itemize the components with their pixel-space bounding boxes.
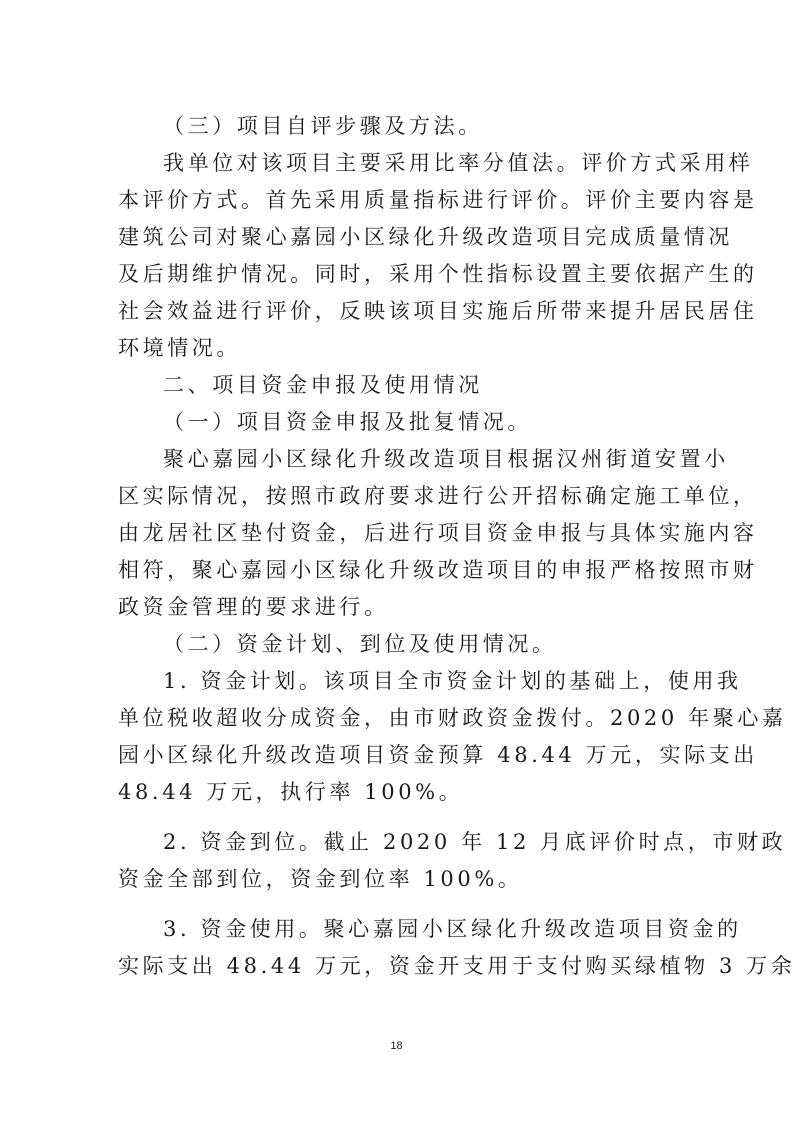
section-heading-3: （三）项目自评步骤及方法。 bbox=[163, 113, 483, 139]
paragraph-line: 区实际情况，按照市政府要求进行公开招标确定施工单位， bbox=[118, 483, 758, 509]
paragraph-line: 社会效益进行评价，反映该项目实施后所带来提升居民居住 bbox=[118, 298, 758, 324]
paragraph-line: 单位税收超收分成资金，由市财政资金拨付。2020 年聚心嘉 bbox=[118, 705, 787, 731]
paragraph-line: 相符，聚心嘉园小区绿化升级改造项目的申报严格按照市财 bbox=[118, 557, 758, 583]
subsection-heading-2: （二）资金计划、到位及使用情况。 bbox=[163, 631, 557, 657]
paragraph-line: 园小区绿化升级改造项目资金预算 48.44 万元，实际支出 bbox=[118, 742, 758, 768]
paragraph-line: 聚心嘉园小区绿化升级改造项目根据汉州街道安置小 bbox=[163, 446, 729, 472]
paragraph-line: 及后期维护情况。同时，采用个性指标设置主要依据产生的 bbox=[118, 261, 758, 287]
paragraph-line: 资金全部到位，资金到位率 100%。 bbox=[118, 866, 523, 892]
paragraph-line: 3. 资金使用。聚心嘉园小区绿化升级改造项目资金的 bbox=[163, 916, 742, 942]
page-number: 18 bbox=[0, 1040, 793, 1052]
section-heading-2: 二、项目资金申报及使用情况 bbox=[163, 372, 483, 398]
subsection-heading-1: （一）项目资金申报及批复情况。 bbox=[163, 409, 532, 435]
paragraph-line: 2. 资金到位。截止 2020 年 12 月底评价时点，市财政 bbox=[163, 829, 786, 855]
paragraph-line: 本评价方式。首先采用质量指标进行评价。评价主要内容是 bbox=[118, 187, 758, 213]
paragraph-line: 环境情况。 bbox=[118, 335, 241, 361]
paragraph-line: 政资金管理的要求进行。 bbox=[118, 594, 389, 620]
paragraph-line: 我单位对该项目主要采用比率分值法。评价方式采用样 bbox=[163, 150, 753, 176]
paragraph-line: 建筑公司对聚心嘉园小区绿化升级改造项目完成质量情况 bbox=[118, 224, 733, 250]
document-page: （三）项目自评步骤及方法。 我单位对该项目主要采用比率分值法。评价方式采用样 本… bbox=[0, 0, 793, 1122]
paragraph-line: 由龙居社区垫付资金，后进行项目资金申报与具体实施内容 bbox=[118, 520, 758, 546]
paragraph-line: 48.44 万元，执行率 100%。 bbox=[118, 779, 463, 805]
paragraph-line: 1. 资金计划。该项目全市资金计划的基础上，使用我 bbox=[163, 668, 742, 694]
paragraph-line: 实际支出 48.44 万元，资金开支用于支付购买绿植物 3 万余 bbox=[118, 953, 793, 979]
